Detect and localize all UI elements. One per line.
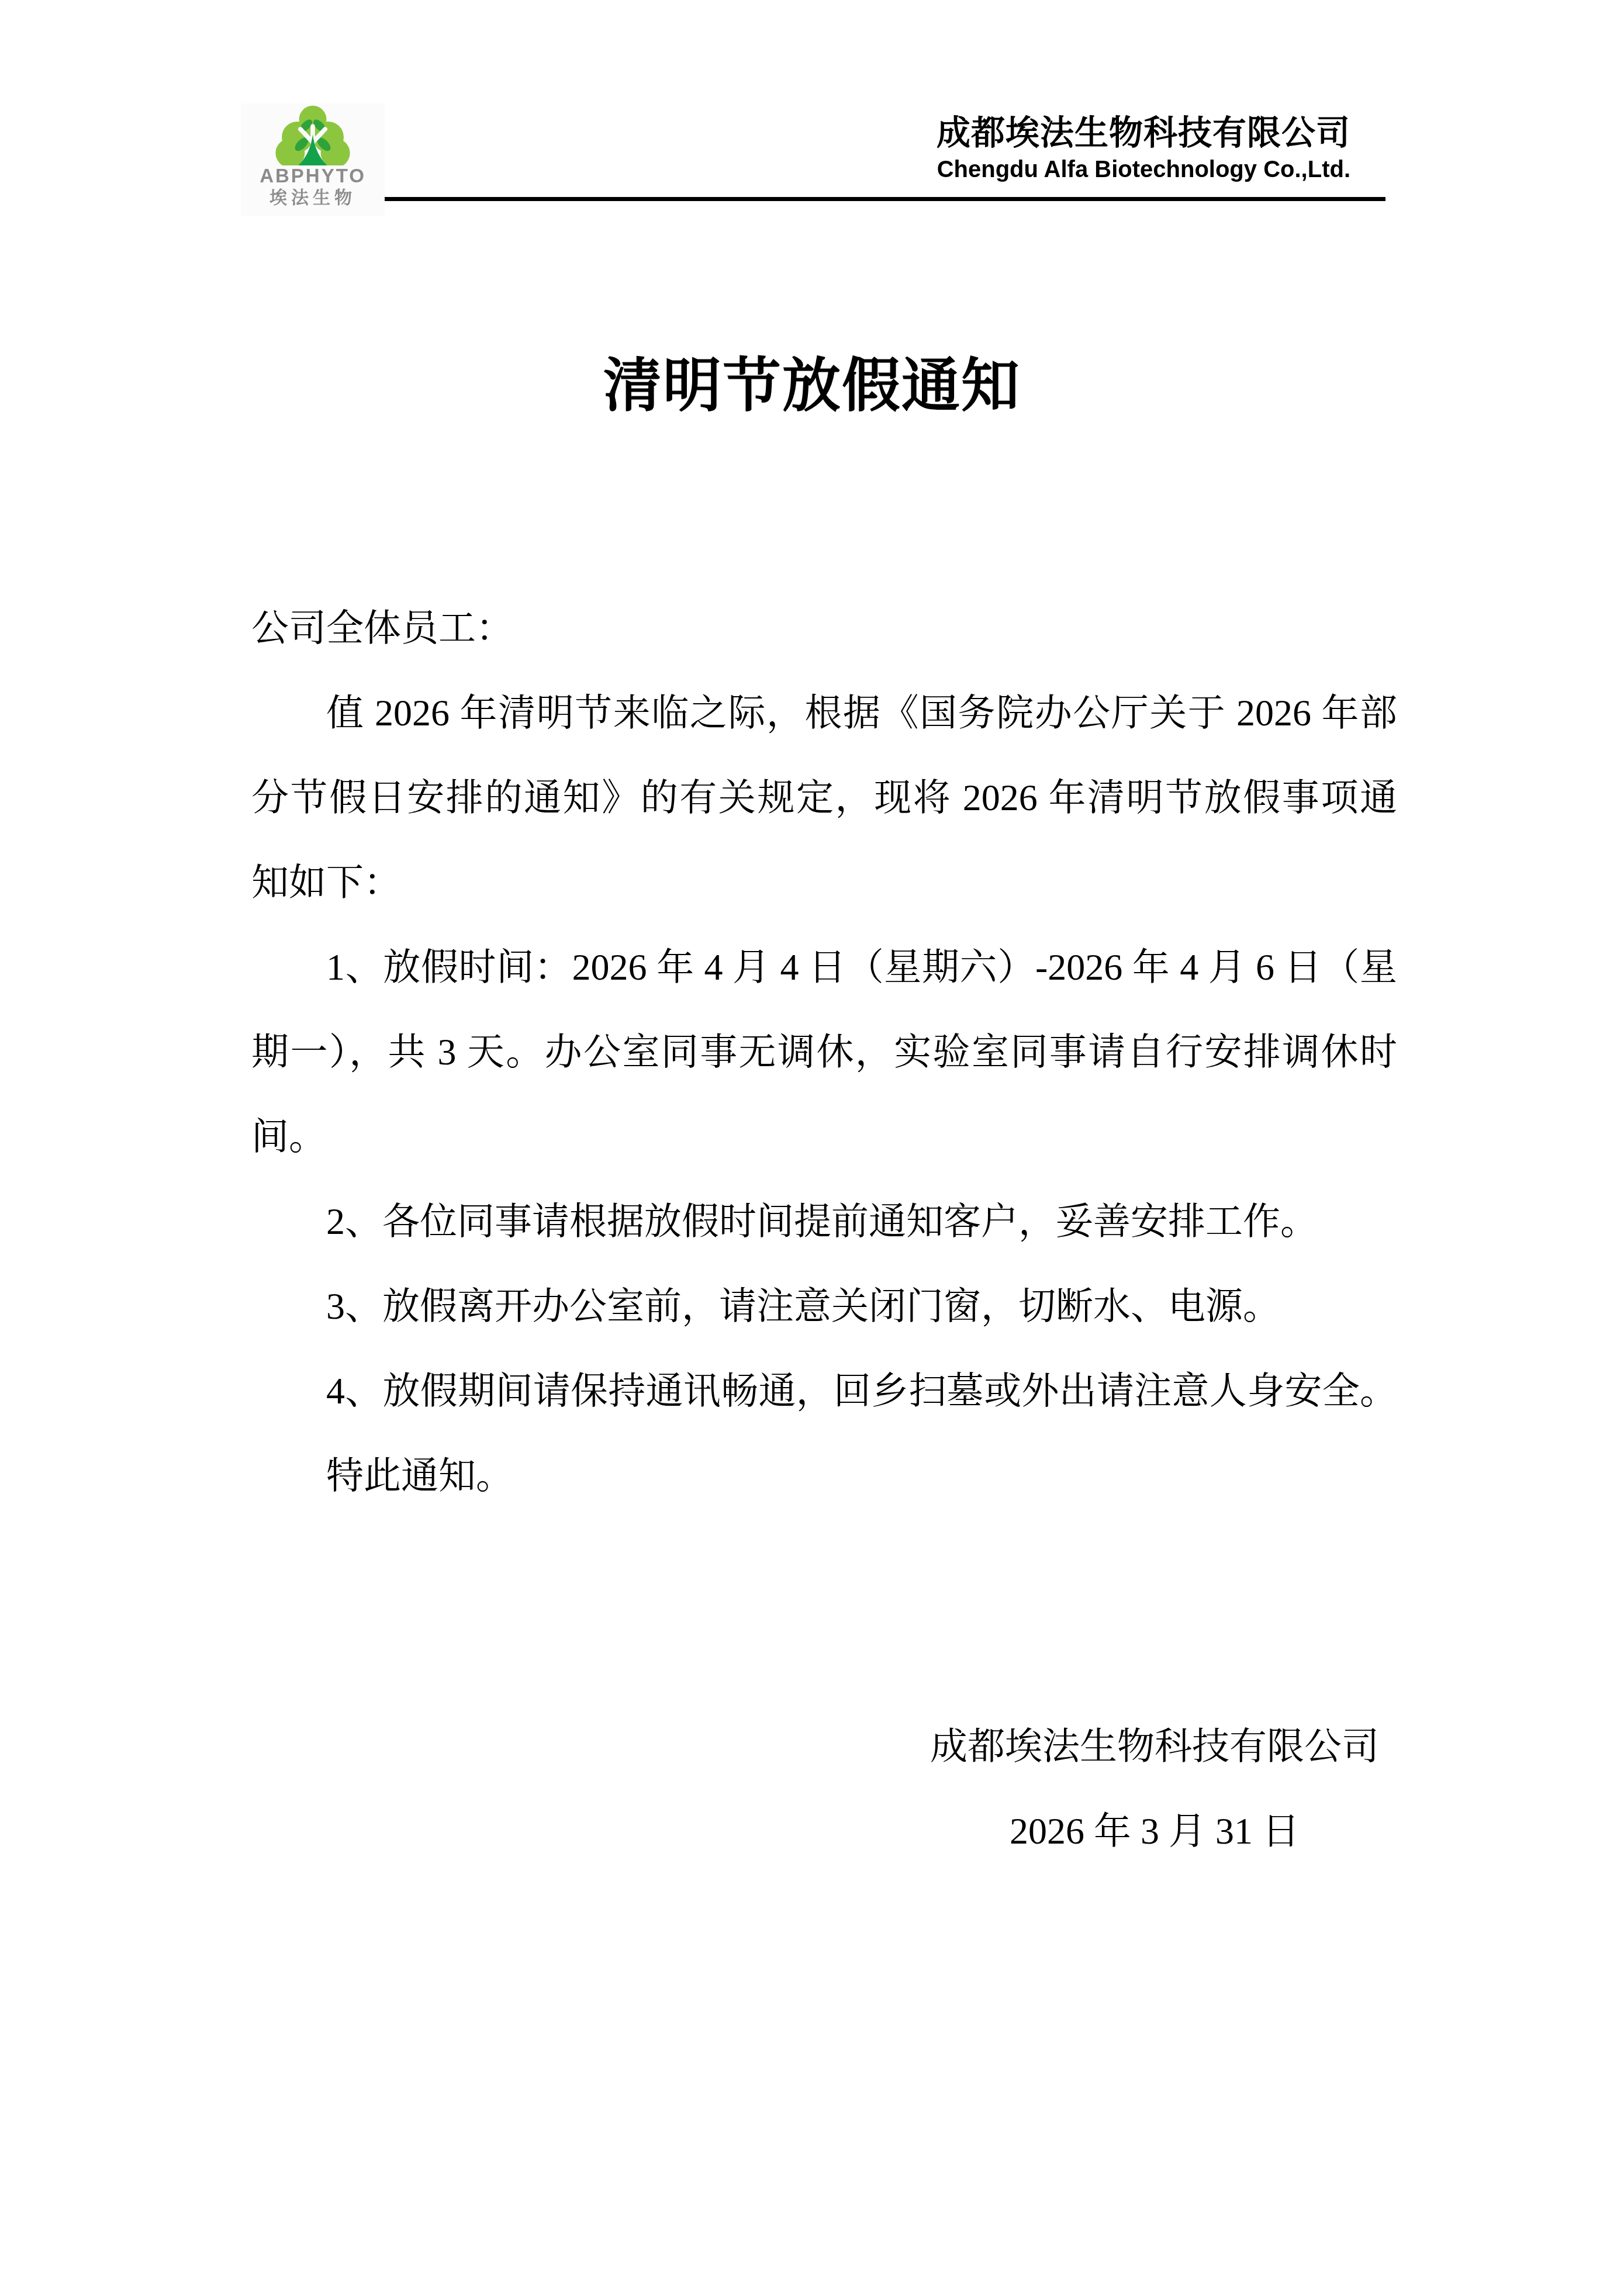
company-name-cn: 成都埃法生物科技有限公司 (937, 112, 1350, 154)
tree-logo-icon (269, 103, 357, 165)
body-line: 值 2026 年清明节来临之际，根据《国务院办公厅关于 2026 年部 (251, 670, 1397, 755)
signature-company: 成都埃法生物科技有限公司 (930, 1704, 1380, 1789)
body-line: 分节假日安排的通知》的有关规定，现将 2026 年清明节放假事项通 (251, 755, 1397, 840)
body-line: 知如下： (251, 840, 1397, 925)
page-title: 清明节放假通知 (0, 351, 1624, 421)
logo-brand-cn-text: 埃法生物 (269, 188, 356, 209)
body-line: 间。 (251, 1094, 1397, 1179)
body-line: 4、放假期间请保持通讯畅通，回乡扫墓或外出请注意人身安全。 (251, 1348, 1397, 1433)
body-line: 特此通知。 (251, 1433, 1397, 1518)
signature-date: 2026 年 3 月 31 日 (930, 1789, 1380, 1873)
header-divider (251, 197, 1385, 201)
body-line: 公司全体员工： (251, 586, 1397, 670)
body-line: 期一），共 3 天。办公室同事无调休，实验室同事请自行安排调休时 (251, 1009, 1397, 1094)
page-header: ABPHYTO 埃法生物 成都埃法生物科技有限公司 Chengdu Alfa B… (0, 0, 1624, 202)
header-company-block: 成都埃法生物科技有限公司 Chengdu Alfa Biotechnology … (937, 112, 1350, 185)
logo-brand-text: ABPHYTO (260, 165, 366, 186)
body-line: 1、放假时间：2026 年 4 月 4 日（星期六）-2026 年 4 月 6 … (251, 925, 1397, 1009)
notice-body: 公司全体员工：值 2026 年清明节来临之际，根据《国务院办公厅关于 2026 … (251, 586, 1397, 1518)
document-page: { "header": { "logo": { "brand": "ABPHYT… (0, 0, 1624, 2296)
body-line: 3、放假离开办公室前，请注意关闭门窗，切断水、电源。 (251, 1264, 1397, 1348)
company-logo: ABPHYTO 埃法生物 (241, 103, 385, 216)
signature-block: 成都埃法生物科技有限公司 2026 年 3 月 31 日 (930, 1704, 1380, 1873)
body-line: 2、各位同事请根据放假时间提前通知客户，妥善安排工作。 (251, 1179, 1397, 1264)
company-name-en: Chengdu Alfa Biotechnology Co.,Ltd. (937, 154, 1350, 185)
